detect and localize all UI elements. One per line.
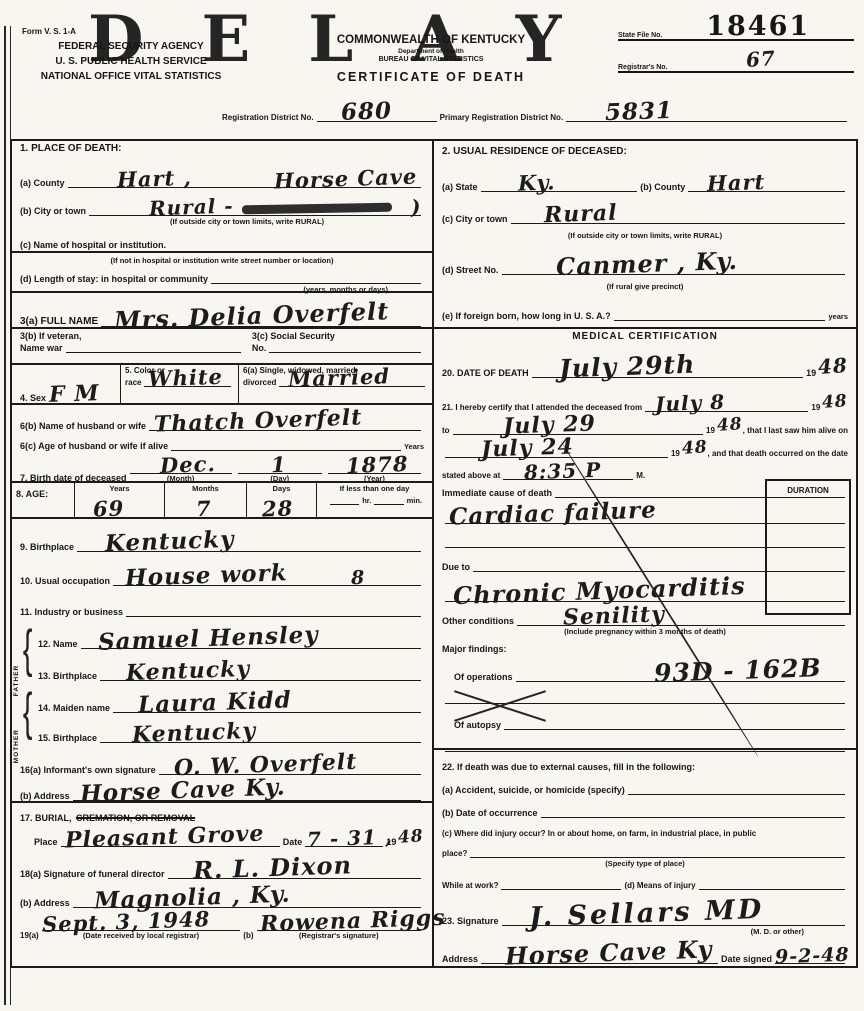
ruled-line: 680 xyxy=(317,110,437,122)
findings-label: Major findings: xyxy=(442,644,507,654)
certificate-body: 1. PLACE OF DEATH: (a) County Hart , Hor… xyxy=(10,139,858,968)
physician-addr-value: Horse Cave Ky xyxy=(504,934,712,970)
pod-city-value: Rural - xyxy=(148,194,233,221)
received-group: Sept. 3, 1948 (Date received by local re… xyxy=(39,919,244,940)
ruled-line: July 29 xyxy=(453,423,703,435)
district-number: 680 xyxy=(340,97,392,126)
ruled-line xyxy=(330,493,359,505)
ruled-line: Thatch Overfelt xyxy=(149,419,421,431)
age-years-value: 69 xyxy=(92,495,124,521)
marital-value: Married xyxy=(288,363,391,392)
marital-cell: 6(a) Single, widowed, married, divorced … xyxy=(238,365,432,403)
birth-year-group: 1878 (Year) xyxy=(325,462,424,483)
field-informant-address: (b) Address Horse Cave Ky. xyxy=(12,775,432,803)
occupation-label: 10. Usual occupation xyxy=(20,576,110,586)
due-to-label: Due to xyxy=(442,562,470,572)
ruled-line xyxy=(374,493,403,505)
mother-group: MOTHER 14. Maiden name Laura Kidd 15. Bi… xyxy=(12,681,432,743)
duration-box: DURATION xyxy=(765,479,851,615)
father-bp-label: 13. Birthplace xyxy=(38,671,97,681)
ruled-line: Kentucky xyxy=(100,669,421,681)
father-brace xyxy=(23,619,33,679)
spouse-age-unit: Years xyxy=(404,442,424,451)
res-state-value: Ky. xyxy=(518,169,556,195)
field-mother-name: 14. Maiden name Laura Kidd xyxy=(30,681,432,713)
field-informant: 16(a) Informant's own signature O. W. Ov… xyxy=(12,743,432,775)
informant-addr-label: (b) Address xyxy=(20,791,70,801)
ssn-label: 3(c) Social Security xyxy=(252,331,424,341)
occupation-extra: 8 xyxy=(351,567,366,589)
received-label: 19(a) xyxy=(20,931,39,940)
pod-county-value2: Horse Cave xyxy=(274,164,418,194)
mother-bp-label: 15. Birthplace xyxy=(38,733,97,743)
medical-title: MEDICAL CERTIFICATION xyxy=(572,331,718,342)
section-sex-race-marital: 4. Sex F M 5. Color or race White xyxy=(12,365,432,405)
mother-bp-value: Kentucky xyxy=(132,718,257,748)
ruled-line: July 24 xyxy=(445,446,668,458)
operations-value: 93D - 162B xyxy=(653,653,821,688)
ruled-line: Rural - ) xyxy=(89,204,421,216)
y3-value: 48 xyxy=(681,437,708,459)
section-attended: 21. I hereby certify that I attended the… xyxy=(434,390,856,474)
field-director-address: (b) Address Magnolia , Ky. xyxy=(12,879,432,908)
date-signed-value: 9-2-48 xyxy=(775,944,850,969)
ruled-line: J. Sellars MD xyxy=(502,914,845,926)
birth-month-value: Dec. xyxy=(160,451,217,478)
res-title: 2. USUAL RESIDENCE OF DECEASED: xyxy=(442,146,627,157)
burial-date-label: Date xyxy=(283,837,303,847)
age-less-cell: If less than one day hr. min. xyxy=(316,483,432,517)
right-column: 2. USUAL RESIDENCE OF DECEASED: (a) Stat… xyxy=(434,141,856,966)
burial-place-label: Place xyxy=(34,837,58,847)
director-addr-label: (b) Address xyxy=(20,898,70,908)
primary-district-label: Primary Registration District No. xyxy=(440,113,564,122)
ruled-line: Sept. 3, 1948 xyxy=(42,919,241,931)
ruled-line: Hart xyxy=(688,180,845,192)
field-father-birthplace: 13. Birthplace Kentucky xyxy=(30,649,432,681)
res-city-value: Rural xyxy=(544,200,618,229)
time-of-death-value: 8:35 P xyxy=(524,458,602,485)
ruled-line: White xyxy=(144,375,231,387)
res-foreign-label: (e) If foreign born, how long in U. S. A… xyxy=(442,311,611,321)
state-file-row: State File No. 18461 xyxy=(618,16,854,41)
ruled-line: 1 xyxy=(238,462,322,474)
ruled-line: Dec. xyxy=(130,462,232,474)
ruled-line: 93D - 162B xyxy=(516,670,845,682)
y1-value: 48 xyxy=(822,391,849,413)
section-place-of-death: 1. PLACE OF DEATH: (a) County Hart , Hor… xyxy=(12,141,432,293)
external-c2-label: place? xyxy=(442,849,467,858)
age-years-cell: Years 69 xyxy=(74,483,164,517)
registrar-number: 67 xyxy=(745,46,776,72)
ruled-line: Rowena Riggs xyxy=(257,919,422,931)
field-occupation: 10. Usual occupation House work 8 xyxy=(12,552,432,586)
attended-from-value: July 8 xyxy=(654,390,725,416)
left-column: 1. PLACE OF DEATH: (a) County Hart , Hor… xyxy=(12,141,434,966)
veteran-cell: 3(b) If veteran, Name war xyxy=(16,330,248,362)
res-county-label: (b) County xyxy=(640,182,685,192)
res-street-label: (d) Street No. xyxy=(442,265,499,275)
occupation-value: House work xyxy=(125,559,288,592)
registrar-sig-group: Rowena Riggs (Registrar's signature) xyxy=(254,919,425,940)
director-signature: R. L. Dixon xyxy=(192,850,352,885)
ruled-line: O. W. Overfelt xyxy=(159,763,421,775)
registrar-no-row: Registrar's No. 67 xyxy=(618,47,854,73)
external-title: 22. If death was due to external causes,… xyxy=(442,762,695,772)
ruled-line: Pleasant Grove xyxy=(61,835,280,847)
ruled-line: 1878 xyxy=(328,462,421,474)
pod-county-label: (a) County xyxy=(20,178,65,188)
father-bp-value: Kentucky xyxy=(125,656,250,686)
age-hr-label: hr. xyxy=(362,496,371,505)
age-min-label: min. xyxy=(407,496,422,505)
burial-strike-label: CREMATION, OR REMOVAL xyxy=(76,813,195,823)
ruled-line: R. L. Dixon xyxy=(168,867,421,879)
ruled-line: Kentucky xyxy=(77,540,421,552)
full-name-label: 3(a) FULL NAME xyxy=(20,316,98,327)
attended-to-label: to xyxy=(442,426,450,435)
mother-name-value: Laura Kidd xyxy=(137,686,292,718)
sex-label: 4. Sex xyxy=(20,393,46,403)
ruled-line: F M xyxy=(49,392,109,403)
age-days-label: Days xyxy=(251,484,312,493)
attended-mid: , that I last saw him alive on xyxy=(743,426,848,435)
y2-printed: 19 xyxy=(706,426,715,435)
res-county-value: Hart xyxy=(707,169,766,196)
ruled-line xyxy=(628,783,845,795)
father-group: FATHER 12. Name Samuel Hensley 13. Birth… xyxy=(12,617,432,681)
ruled-line xyxy=(504,718,845,730)
ruled-line xyxy=(171,439,401,451)
other-conditions-value: Senility xyxy=(562,601,665,631)
ruled-line xyxy=(541,806,845,818)
field-mother-birthplace: 15. Birthplace Kentucky xyxy=(30,713,432,743)
ruled-line: House work 8 xyxy=(113,574,421,586)
ruled-line: Ky. xyxy=(481,180,638,192)
external-b-label: (b) Date of occurrence xyxy=(442,808,538,818)
ruled-line: Hart , Horse Cave xyxy=(68,176,422,188)
spouse-label: 6(b) Name of husband or wife xyxy=(20,421,146,431)
birth-day-group: 1 (Day) xyxy=(235,462,325,483)
res-street-note: (If rural give precinct) xyxy=(607,282,684,291)
pod-county-value: Hart , xyxy=(117,165,193,193)
section-burial: 17. BURIAL, CREMATION, OR REMOVAL Place … xyxy=(12,803,432,849)
operations-label: Of operations xyxy=(454,672,513,682)
ruled-line: Married xyxy=(279,375,425,387)
signature-sub: (M. D. or other) xyxy=(751,927,804,936)
attended-line1: 21. I hereby certify that I attended the… xyxy=(442,403,642,412)
ruled-line: Horse Cave Ky xyxy=(481,952,718,964)
field-father-name: 12. Name Samuel Hensley xyxy=(30,617,432,649)
marital-label2: divorced xyxy=(243,378,276,387)
age-label-cell: 8. AGE: xyxy=(12,483,74,517)
section-veteran-ssn: 3(b) If veteran, Name war 3(c) Social Se… xyxy=(12,329,432,365)
birth-day-value: 1 xyxy=(271,452,287,478)
res-state-label: (a) State xyxy=(442,182,478,192)
ruled-line xyxy=(614,309,826,321)
birthdate-label: 7. Birth date of deceased xyxy=(20,473,127,483)
mother-name-label: 14. Maiden name xyxy=(38,703,110,713)
mother-brace xyxy=(23,682,33,742)
duration-label: DURATION xyxy=(787,486,829,495)
birth-year-value: 1878 xyxy=(346,451,409,478)
age-months-cell: Months 7 xyxy=(164,483,246,517)
burial-date-year: 48 xyxy=(398,826,425,848)
other-conditions-label: Other conditions xyxy=(442,616,514,626)
ruled-line: Canmer , Ky. xyxy=(502,263,845,275)
section-spouse-birthdate: 6(b) Name of husband or wife Thatch Over… xyxy=(12,405,432,483)
ruled-line xyxy=(211,272,421,284)
ruled-line: Senility xyxy=(517,614,845,626)
ruled-line: Horse Cave Ky. xyxy=(73,789,421,801)
sex-value: F M xyxy=(49,380,101,408)
ssn-cell: 3(c) Social Security No. xyxy=(248,330,428,362)
external-c-label: (c) Where did injury occur? In or about … xyxy=(442,829,756,838)
dod-year-value: 48 xyxy=(817,353,848,379)
ruled-line: July 29th xyxy=(532,366,803,378)
res-city-note: (If outside city or town limits, write R… xyxy=(568,231,722,240)
age-days-value: 28 xyxy=(262,495,294,521)
birthplace-label: 9. Birthplace xyxy=(20,542,74,552)
age-years-label: Years xyxy=(79,484,160,493)
spouse-age-label: 6(c) Age of husband or wife if alive xyxy=(20,441,168,451)
ruled-line: Samuel Hensley xyxy=(81,637,421,649)
death-certificate-scan: DELAY Form V. S. 1-A FEDERAL SECURITY AG… xyxy=(0,0,864,1011)
date-signed-label: Date signed xyxy=(721,954,772,964)
father-name-label: 12. Name xyxy=(38,639,78,649)
external-c-note: (Specify type of place) xyxy=(605,859,685,868)
y3-printed: 19 xyxy=(671,449,680,458)
primary-district-number: 5831 xyxy=(605,97,674,126)
pod-title: 1. PLACE OF DEATH: xyxy=(20,143,121,154)
burial-date-value: 7 - 31 , xyxy=(306,825,393,852)
ruled-line: 7 - 31 , xyxy=(305,835,383,847)
pod-city-paren: ) xyxy=(410,195,421,219)
ruled-line: Magnolia , Ky. xyxy=(73,896,421,908)
pen-x-mark xyxy=(452,689,548,723)
field-registrar-row: 19(a) Sept. 3, 1948 (Date received by lo… xyxy=(12,908,432,966)
section-age: 8. AGE: Years 69 Months 7 Days 28 If les… xyxy=(12,483,432,519)
birthplace-value: Kentucky xyxy=(104,526,234,558)
cause-label: Immediate cause of death xyxy=(442,488,552,498)
section-physician-signature: 23. Signature J. Sellars MD (M. D. or ot… xyxy=(434,888,856,966)
ruled-line xyxy=(269,341,421,353)
dod-label: 20. DATE OF DEATH xyxy=(442,368,529,378)
race-label2: race xyxy=(125,378,141,387)
res-city-label: (c) City or town xyxy=(442,214,508,224)
ruled-line: 5831 xyxy=(566,110,847,122)
burial-label: 17. BURIAL, xyxy=(20,813,72,823)
attended-end: , and that death occurred on the date xyxy=(708,449,848,458)
ruled-line xyxy=(126,605,421,617)
pod-hospital-label: (c) Name of hospital or institution. xyxy=(20,240,166,250)
section-full-name: 3(a) FULL NAME Mrs. Delia Overfelt xyxy=(12,293,432,329)
director-label: 18(a) Signature of funeral director xyxy=(20,869,165,879)
state-file-label: State File No. xyxy=(618,32,662,39)
certificate-header: DELAY Form V. S. 1-A FEDERAL SECURITY AG… xyxy=(0,0,864,140)
informant-label: 16(a) Informant's own signature xyxy=(20,765,156,775)
mother-side-label: MOTHER xyxy=(13,729,20,763)
dod-year-printed: 19 xyxy=(806,368,816,378)
physician-addr-label: Address xyxy=(442,954,478,964)
ruled-line: July 8 xyxy=(645,400,808,412)
field-industry: 11. Industry or business xyxy=(12,586,432,617)
race-value: White xyxy=(148,364,224,392)
ruled-line xyxy=(66,341,241,353)
sex-cell: 4. Sex F M xyxy=(12,365,120,403)
industry-label: 11. Industry or business xyxy=(20,607,123,617)
section-external-causes: 22. If death was due to external causes,… xyxy=(434,750,856,888)
field-birthplace: 9. Birthplace Kentucky xyxy=(12,519,432,552)
y2-value: 48 xyxy=(716,414,743,436)
registrar-b-label: (b) xyxy=(243,931,253,940)
form-number: Form V. S. 1-A xyxy=(22,27,76,36)
signature-label: 23. Signature xyxy=(442,916,499,926)
birth-month-group: Dec. (Month) xyxy=(127,462,235,483)
crossed-out-scribble xyxy=(242,203,392,215)
dod-value: July 29th xyxy=(558,349,695,383)
age-days-cell: Days 28 xyxy=(246,483,316,517)
ruled-line: 9-2-48 xyxy=(775,952,845,964)
ruled-line: Rural xyxy=(511,212,846,224)
pod-stay-label: (d) Length of stay: in hospital or commu… xyxy=(20,274,208,284)
age-months-label: Months xyxy=(169,484,242,493)
pod-street-note: (If not in hospital or institution write… xyxy=(111,256,334,265)
y1-printed: 19 xyxy=(811,403,820,412)
section-residence: 2. USUAL RESIDENCE OF DECEASED: (a) Stat… xyxy=(434,141,856,329)
district-label: Registration District No. xyxy=(222,113,314,122)
age-label: 8. AGE: xyxy=(16,489,48,499)
ssn-label2: No. xyxy=(252,343,267,353)
age-months-value: 7 xyxy=(195,496,211,522)
field-funeral-director: 18(a) Signature of funeral director R. L… xyxy=(12,849,432,879)
section-medical-header: MEDICAL CERTIFICATION 20. DATE OF DEATH … xyxy=(434,329,856,390)
res-foreign-unit: years xyxy=(828,312,848,321)
ruled-line xyxy=(470,846,845,858)
external-a-label: (a) Accident, suicide, or homicide (spec… xyxy=(442,785,625,795)
registrar-no-label: Registrar's No. xyxy=(618,64,668,71)
state-file-number: 18461 xyxy=(706,16,810,39)
delay-stamp: DELAY xyxy=(88,2,619,77)
ruled-line: Mrs. Delia Overfelt xyxy=(101,315,421,327)
race-cell: 5. Color or race White xyxy=(120,365,238,403)
age-less-label: If less than one day xyxy=(321,484,428,493)
pod-city-label: (b) City or town xyxy=(20,206,86,216)
ruled-line: Kentucky xyxy=(100,731,421,743)
res-street-value: Canmer , Ky. xyxy=(556,246,739,281)
section-cause-of-death: DURATION Immediate cause of death Cardia… xyxy=(434,474,856,632)
registration-district-row: Registration District No. 680 Primary Re… xyxy=(222,110,850,122)
father-side-label: FATHER xyxy=(13,665,20,697)
veteran-label2: Name war xyxy=(20,343,63,353)
file-number-block: State File No. 18461 Registrar's No. 67 xyxy=(618,16,854,73)
ruled-line: Laura Kidd xyxy=(113,701,421,713)
